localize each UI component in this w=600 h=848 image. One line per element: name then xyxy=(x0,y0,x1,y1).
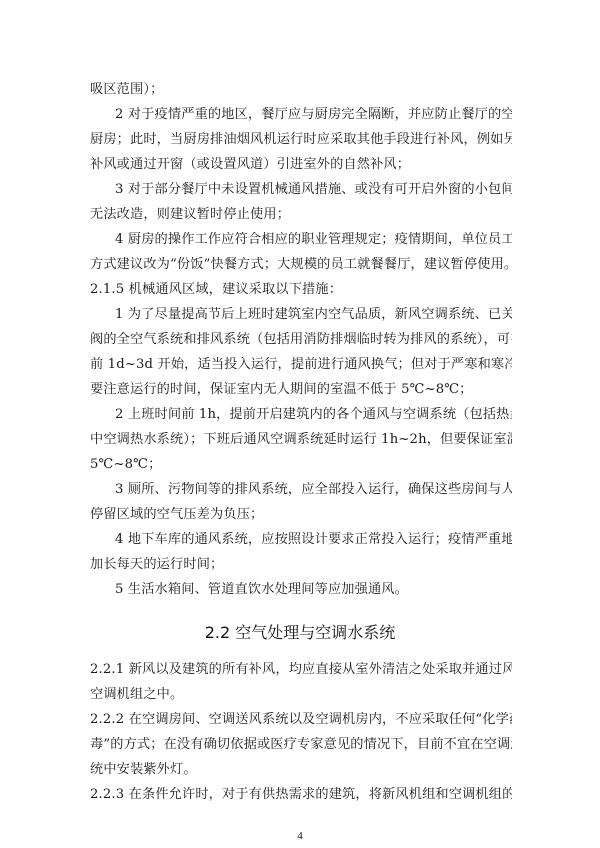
text-line: 加长每天的运行时间； xyxy=(90,557,512,573)
text-line: 厨房；此时，当厨房排油烟风机运行时应采取其他手段进行补风，例如另设机械 xyxy=(90,132,512,148)
text-line: 5 生活水箱间、管道直饮水处理间等应加强通风。 xyxy=(115,582,512,598)
text-line: 4 地下车库的通风系统，应按照设计要求正常投入运行；疫情严重地区，应 xyxy=(115,532,512,548)
text-line: 吸区范围）； xyxy=(90,82,512,98)
text-line: 空调机组之中。 xyxy=(90,687,512,703)
text-line: 无法改造，则建议暂时停止使用； xyxy=(90,207,512,223)
text-line: 2.2.2 在空调房间、空调送风系统以及空调机房内，不应采取任何“化学药剂消 xyxy=(90,712,512,728)
text-line: 3 厕所、污物间等的排风系统，应全部投入运行，确保这些房间与人员正常 xyxy=(115,482,512,498)
text-line: 2.2.3 在条件允许时，对于有供热需求的建筑，将新风机组和空调机组的热水供 xyxy=(90,787,512,803)
text-line: 2 对于疫情严重的地区，餐厅应与厨房完全隔断，并应防止餐厅的空气流向 xyxy=(115,107,512,123)
text-line: 前 1d~3d 开始，适当投入运行，提前进行通风换气；但对于严寒和寒冷地区，需 xyxy=(90,357,512,373)
text-line: 中空调热水系统）；下班后通风空调系统延时运行 1h~2h，但要保证室温不低于 xyxy=(90,432,512,448)
text-line: 补风或通过开窗（或设置风道）引进室外的自然补风； xyxy=(90,157,512,173)
text-line: 方式建议改为“份饭”快餐方式；大规模的员工就餐餐厅，建议暂停使用。 xyxy=(90,257,512,273)
text-line: 3 对于部分餐厅中未设置机械通风措施、或没有可开启外窗的小包间，如果 xyxy=(115,182,512,198)
text-line: 停留区域的空气压差为负压； xyxy=(90,507,512,523)
text-line: 毒”的方式；在没有确切依据或医疗专家意见的情况下，目前不宜在空调通风系 xyxy=(90,737,512,753)
text-line: 5℃~8℃； xyxy=(90,457,512,473)
text-line: 要注意运行的时间，保证室内无人期间的室温不低于 5℃~8℃； xyxy=(90,382,512,398)
section-heading: 2.2 空气处理与空调水系统 xyxy=(0,623,600,643)
text-line: 2.2.1 新风以及建筑的所有补风，均应直接从室外清洁之处采取并通过风管接入 xyxy=(90,662,512,678)
text-line: 4 厨房的操作工作应符合相应的职业管理规定；疫情期间，单位员工的就餐 xyxy=(115,232,512,248)
text-line: 统中安装紫外灯。 xyxy=(90,762,512,778)
text-line: 1 为了尽量提高节后上班时建筑室内空气品质，新风空调系统、已关闭回风 xyxy=(115,307,512,323)
text-line: 阀的全空气系统和排风系统（包括用消防排烟临时转为排风的系统），可在上班 xyxy=(90,332,512,348)
section-2-1-5-title: 2.1.5 机械通风区域，建议采取以下措施： xyxy=(90,282,512,298)
document-page: 吸区范围）； 2 对于疫情严重的地区，餐厅应与厨房完全隔断，并应防止餐厅的空气流… xyxy=(0,0,600,848)
text-line: 2 上班时间前 1h，提前开启建筑内的各个通风与空调系统（包括热盘管和集 xyxy=(115,407,512,423)
page-number: 4 xyxy=(0,830,600,842)
